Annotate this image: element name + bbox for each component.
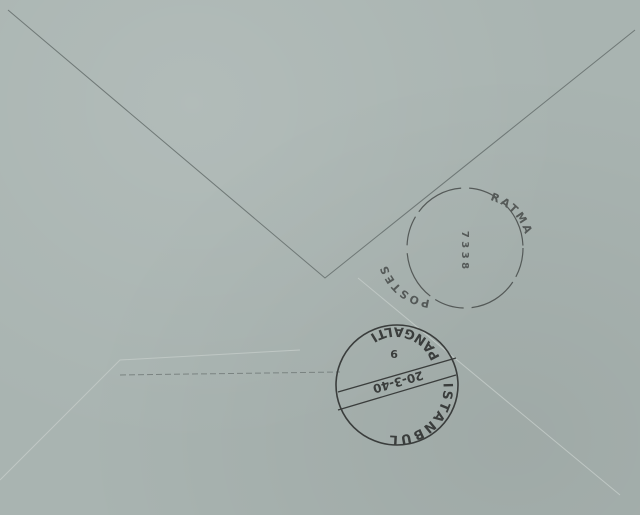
bottom-flap-edge [0, 350, 300, 480]
postmark-transit: POSTES RATMA 7 3 3 8 [377, 188, 535, 310]
envelope-drawing: ISTANBUL PANGALTI 20-3-40 9 POSTES RATMA… [0, 0, 640, 515]
envelope-back: ISTANBUL PANGALTI 20-3-40 9 POSTES RATMA… [0, 0, 640, 515]
svg-text:9: 9 [390, 347, 398, 360]
postmark-istanbul: ISTANBUL PANGALTI 20-3-40 9 [336, 323, 458, 447]
svg-text:RATMA: RATMA [489, 190, 535, 237]
svg-text:7 3 3 8: 7 3 3 8 [459, 231, 470, 269]
top-flap-edge [8, 10, 635, 278]
svg-text:POSTES: POSTES [377, 262, 431, 310]
svg-text:PANGALTI: PANGALTI [366, 323, 444, 362]
seam-line [120, 372, 340, 375]
